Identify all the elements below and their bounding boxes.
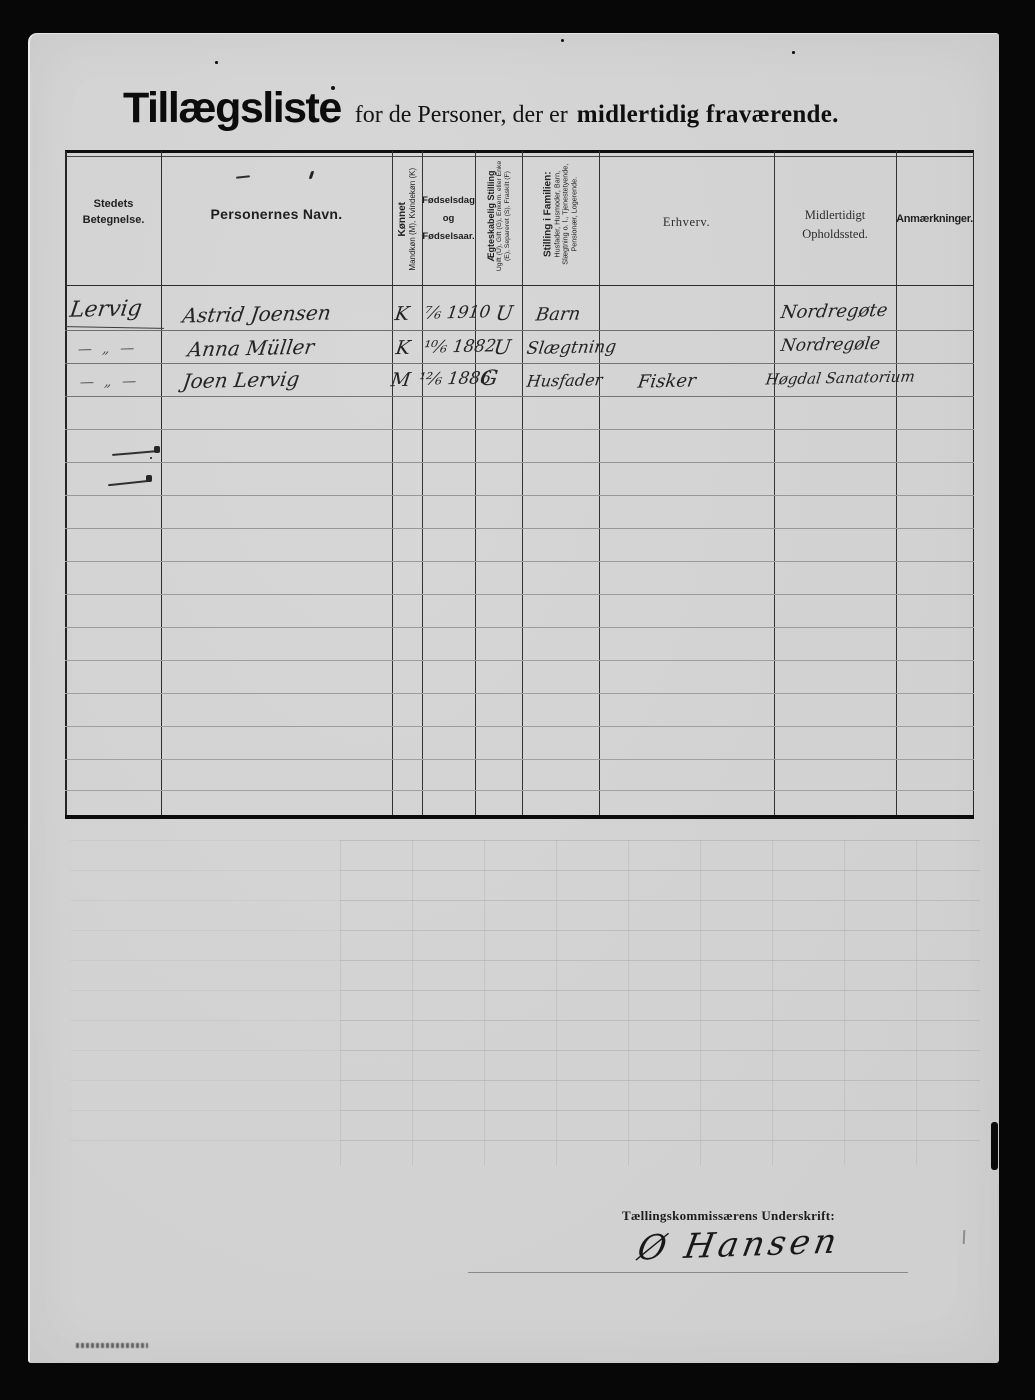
printer-mark	[76, 1343, 148, 1348]
row-1-marital: U	[494, 301, 514, 325]
row-line	[65, 790, 974, 791]
column-line	[599, 151, 600, 817]
header-sex: Kønnet Mandkøn (M), Kvindekøn (K)	[397, 159, 417, 279]
row-line	[65, 693, 974, 694]
column-line	[475, 151, 476, 817]
row-2-place: — „ —	[77, 340, 139, 357]
header-separator-line	[65, 285, 974, 286]
header-marital-detail: Ugift (U), Gift (G), Enkem. eller Enke (…	[496, 156, 512, 276]
row-3-name: Joen Lervig	[181, 367, 301, 393]
signature-handwriting: Ø Hansen	[635, 1221, 844, 1268]
row-line	[65, 363, 974, 364]
row-line	[65, 396, 974, 397]
header-sex-detail: Mandkøn (M), Kvindekøn (K)	[408, 159, 417, 279]
row-3-place: — „ —	[79, 373, 141, 390]
header-family: Stilling i Familien: Husfader, Husmoder,…	[542, 154, 578, 275]
row-2-marital: U	[492, 335, 512, 359]
row-3-family: Husfader	[526, 370, 604, 391]
row-2-family: Slægtning	[525, 337, 617, 359]
column-line	[161, 151, 162, 817]
table-border-right	[973, 151, 975, 817]
dust-speck	[331, 86, 335, 90]
pen-mark	[154, 446, 160, 453]
header-remarks: Anmærkninger.	[896, 213, 973, 225]
dust-speck	[215, 61, 218, 64]
title-rule-thin	[65, 156, 974, 157]
header-marital-title: Ægteskabelig Stilling	[486, 156, 496, 276]
page-subtitle-emphasis: midlertidig fraværende.	[577, 101, 839, 129]
row-3-sex: M	[389, 369, 412, 391]
row-3-marital: G	[479, 366, 499, 390]
column-line	[422, 151, 423, 817]
header-place: Stedets Betegnelse.	[66, 197, 161, 229]
row-3-occupation: Fisker	[636, 370, 697, 392]
row-line	[65, 462, 974, 463]
row-line	[65, 627, 974, 628]
row-line	[65, 660, 974, 661]
column-line	[392, 151, 393, 817]
column-line	[774, 151, 775, 817]
header-marital: Ægteskabelig Stilling Ugift (U), Gift (G…	[486, 156, 512, 276]
row-3-stay: Høgdal Sanatorium	[765, 367, 916, 388]
page-subtitle: for de Personer, der er	[355, 102, 568, 129]
header-name: Personernes Navn.	[161, 206, 392, 222]
dust-speck	[150, 457, 152, 459]
header-stay: Midlertidigt Opholdssted.	[774, 206, 896, 244]
page-title-main: Tillægsliste	[123, 84, 341, 133]
column-line	[522, 151, 523, 817]
scanned-census-page: Tillægsliste for de Personer, der er mid…	[0, 0, 1035, 1400]
scan-edge-blemish	[991, 1122, 998, 1170]
row-line	[65, 561, 974, 562]
header-sex-title: Kønnet	[397, 159, 408, 279]
page-title: Tillægsliste for de Personer, der er mid…	[123, 84, 839, 133]
row-line	[65, 726, 974, 727]
row-1-stay: Nordregøte	[779, 300, 888, 323]
row-2-name: Anna Müller	[186, 335, 316, 362]
column-line	[896, 151, 897, 817]
table-border-left	[65, 151, 67, 817]
dust-speck	[561, 39, 564, 42]
row-2-stay: Nordregøle	[779, 334, 881, 356]
row-line	[65, 594, 974, 595]
row-line	[65, 759, 974, 760]
row-1-family: Barn	[534, 304, 581, 326]
pen-mark	[146, 475, 152, 482]
row-2-birth: ¹⁰⁄₆ 1882	[423, 336, 498, 358]
row-line	[65, 528, 974, 529]
header-birth: Fødselsdag og Fødselsaar.	[422, 192, 475, 246]
row-1-birth: ⁷⁄₆ 1910	[424, 302, 492, 323]
title-rule-thick	[65, 150, 974, 153]
row-line	[65, 429, 974, 430]
table-border-bottom	[65, 815, 974, 819]
dust-speck	[792, 51, 795, 54]
row-line	[65, 495, 974, 496]
signature-line	[468, 1272, 908, 1273]
header-family-detail: Husfader, Husmoder, Barn, Slægtning o. l…	[553, 154, 578, 275]
signature-label: Tællingskommissærens Underskrift:	[622, 1208, 835, 1224]
row-1-place: Lervig	[68, 296, 143, 322]
row-line	[65, 330, 974, 331]
row-1-name: Astrid Joensen	[181, 300, 332, 327]
header-occupation: Erhverv.	[599, 215, 774, 230]
